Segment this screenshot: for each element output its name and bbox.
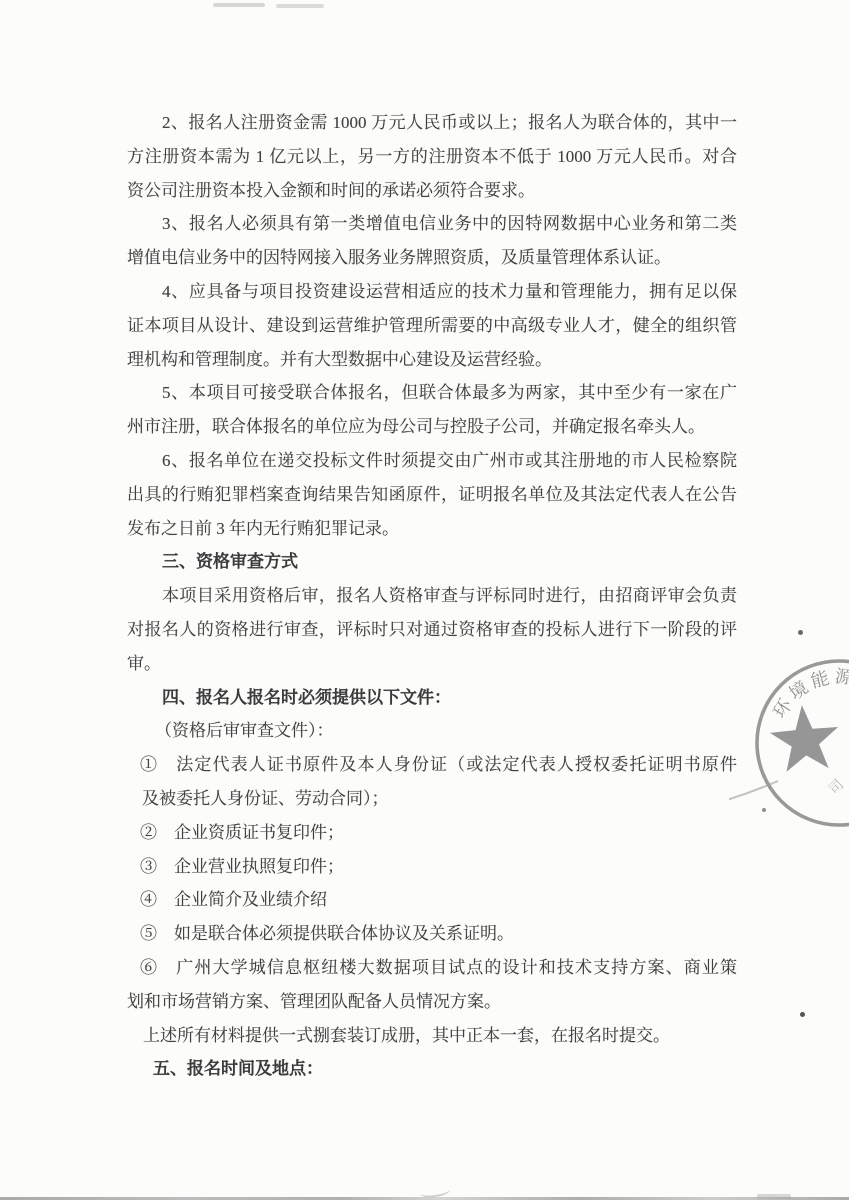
- text-line: 方注册资本需为 1 亿元以上，另一方的注册资本不低于 1000 万元人民币。对合: [127, 140, 737, 174]
- text-line: ④ 企业简介及业绩介绍: [127, 883, 737, 917]
- section-heading: 三、资格审查方式: [127, 545, 737, 579]
- text-line: 证本项目从设计、建设到运营维护管理所需要的中高级专业人才，健全的组织管: [127, 309, 737, 343]
- text-line: ② 企业资质证书复印件；: [127, 816, 737, 850]
- text-line: 理机构和管理制度。并有大型数据中心建设及运营经验。: [127, 343, 737, 377]
- document-page: 2、报名人注册资金需 1000 万元人民币或以上；报名人为联合体的，其中一方注册…: [0, 0, 849, 1200]
- text-line: 2、报名人注册资金需 1000 万元人民币或以上；报名人为联合体的，其中一: [127, 106, 737, 140]
- text-line: 3、报名人必须具有第一类增值电信业务中的因特网数据中心业务和第二类: [127, 207, 737, 241]
- text-line: 审。: [127, 647, 737, 681]
- text-line: 州市注册，联合体报名的单位应为母公司与控股子公司，并确定报名牵头人。: [127, 410, 737, 444]
- text-line: ③ 企业营业执照复印件；: [127, 850, 737, 884]
- text-line: 划和市场营销方案、管理团队配备人员情况方案。: [127, 985, 737, 1019]
- ink-speck: [798, 630, 803, 635]
- ink-speck: [762, 808, 766, 812]
- text-line: 及被委托人身份证、劳动合同）；: [127, 782, 737, 816]
- seal-inner-mark: 司: [826, 777, 847, 798]
- text-line: 5、本项目可接受联合体报名，但联合体最多为两家，其中至少有一家在广: [127, 376, 737, 410]
- seal-arc-text: 环境能源投资: [769, 666, 849, 721]
- scan-smudge-top: [213, 3, 265, 7]
- text-line: 出具的行贿犯罪档案查询结果告知函原件，证明报名单位及其法定代表人在公告: [127, 478, 737, 512]
- document-content: 2、报名人注册资金需 1000 万元人民币或以上；报名人为联合体的，其中一方注册…: [127, 106, 737, 1086]
- text-line: 本项目采用资格后审，报名人资格审查与评标同时进行，由招商评审会负责: [127, 579, 737, 613]
- official-seal: 环境能源投资 司: [729, 652, 849, 837]
- text-line: 上述所有材料提供一式捌套装订成册，其中正本一套，在报名时提交。: [127, 1019, 737, 1053]
- text-line: ① 法定代表人证书原件及本人身份证（或法定代表人授权委托证明书原件: [127, 748, 737, 782]
- section-heading: 五、报名时间及地点：: [127, 1052, 737, 1086]
- text-line: 6、报名单位在递交投标文件时须提交由广州市或其注册地的市人民检察院: [127, 444, 737, 478]
- text-line: ⑥ 广州大学城信息枢纽楼大数据项目试点的设计和技术支持方案、商业策: [127, 951, 737, 985]
- section-heading: 四、报名人报名时必须提供以下文件：: [127, 681, 737, 715]
- scan-smudge-top: [276, 4, 324, 8]
- ink-speck: [800, 1012, 805, 1017]
- text-line: ⑤ 如是联合体必须提供联合体协议及关系证明。: [127, 917, 737, 951]
- text-line: 4、应具备与项目投资建设运营相适应的技术力量和管理能力，拥有足以保: [127, 275, 737, 309]
- text-line: 发布之日前 3 年内无行贿犯罪记录。: [127, 512, 737, 546]
- text-line: 资公司注册资本投入金额和时间的承诺必须符合要求。: [127, 174, 737, 208]
- text-line: 对报名人的资格进行审查，评标时只对通过资格审查的投标人进行下一阶段的评: [127, 613, 737, 647]
- text-line: 增值电信业务中的因特网接入服务业务牌照资质，及质量管理体系认证。: [127, 241, 737, 275]
- svg-text:环境能源投资: 环境能源投资: [769, 666, 849, 721]
- text-line: （资格后审审查文件）：: [127, 714, 737, 748]
